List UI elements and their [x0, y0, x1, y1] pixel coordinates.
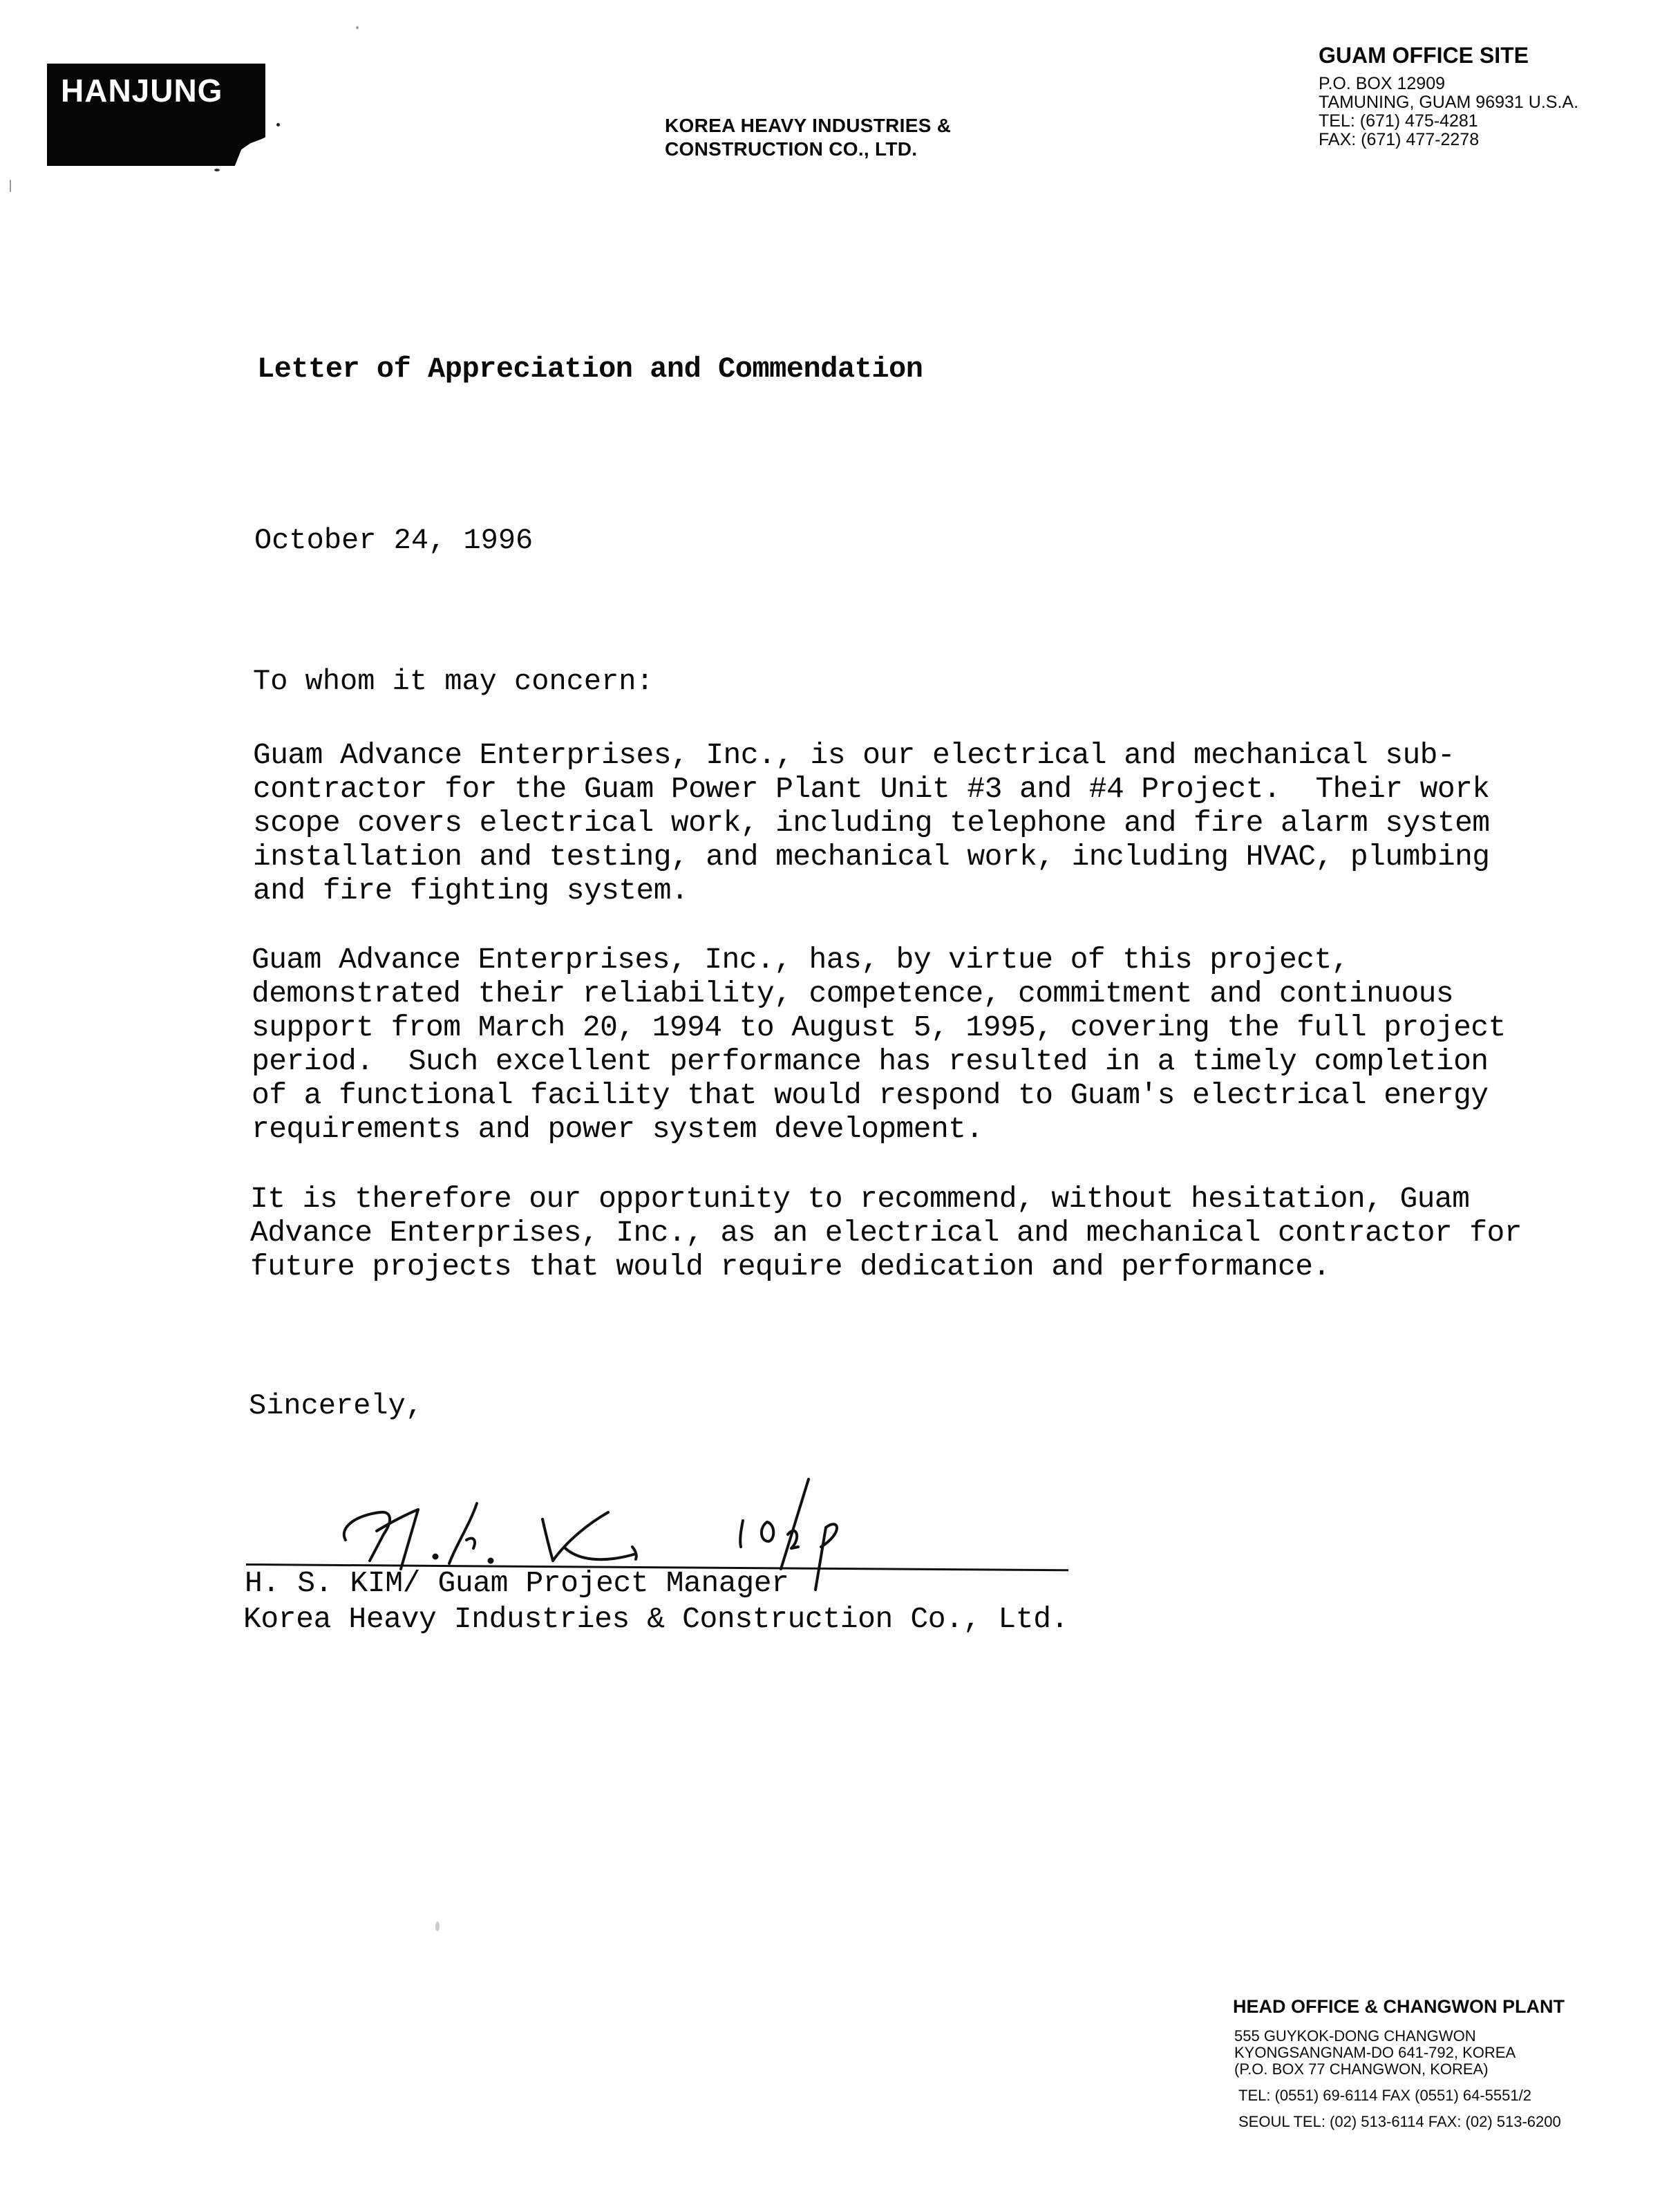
body-paragraph-3: It is therefore our opportunity to recom… [250, 1182, 1522, 1284]
paragraph-line: Guam Advance Enterprises, Inc., has, by … [252, 943, 1506, 977]
head-office-title: HEAD OFFICE & CHANGWON PLANT [1233, 1995, 1565, 2018]
company-header: KOREA HEAVY INDUSTRIES & CONSTRUCTION CO… [665, 114, 951, 161]
guam-office-line: P.O. BOX 12909 [1319, 75, 1578, 93]
closing: Sincerely, [249, 1389, 423, 1422]
signer-company: Korea Heavy Industries & Construction Co… [243, 1602, 1068, 1636]
paragraph-line: and fire fighting system. [253, 874, 1490, 908]
paragraph-line: It is therefore our opportunity to recom… [250, 1182, 1522, 1216]
guam-office-title: GUAM OFFICE SITE [1319, 41, 1578, 69]
salutation: To whom it may concern: [253, 665, 654, 698]
guam-office-line: TEL: (671) 475-4281 [1319, 112, 1578, 131]
paragraph-line: requirements and power system developmen… [252, 1112, 1506, 1146]
paragraph-line: support from March 20, 1994 to August 5,… [252, 1011, 1506, 1044]
body-paragraph-1: Guam Advance Enterprises, Inc., is our e… [253, 738, 1490, 908]
paragraph-line: period. Such excellent performance has r… [252, 1044, 1506, 1078]
seoul-contact-line: SEOUL TEL: (02) 513-6114 FAX: (02) 513-6… [1233, 2114, 1565, 2130]
head-office-address-line: KYONGSANGNAM-DO 641-792, KOREA [1233, 2045, 1565, 2061]
scan-speck [10, 180, 11, 192]
head-office-contact-line: TEL: (0551) 69-6114 FAX (0551) 64-5551/2 [1233, 2087, 1565, 2104]
paragraph-line: contractor for the Guam Power Plant Unit… [253, 772, 1490, 806]
scan-speck [214, 169, 220, 171]
paragraph-line: installation and testing, and mechanical… [253, 840, 1490, 874]
hanjung-logo-text: HANJUNG [61, 72, 223, 109]
company-header-line: CONSTRUCTION CO., LTD. [665, 138, 951, 161]
paragraph-line: Advance Enterprises, Inc., as an electri… [250, 1216, 1522, 1250]
letter-title: Letter of Appreciation and Commendation [257, 353, 923, 386]
head-office-address-line: (P.O. BOX 77 CHANGWON, KOREA) [1233, 2061, 1565, 2078]
paragraph-line: demonstrated their reliability, competen… [252, 977, 1506, 1011]
letter-date: October 24, 1996 [254, 524, 533, 557]
head-office-address-line: 555 GUYKOK-DONG CHANGWON [1233, 2028, 1565, 2045]
guam-office-address: GUAM OFFICE SITE P.O. BOX 12909 TAMUNING… [1319, 41, 1578, 149]
head-office-address: HEAD OFFICE & CHANGWON PLANT 555 GUYKOK-… [1233, 1995, 1565, 2130]
paragraph-line: future projects that would require dedic… [250, 1250, 1522, 1284]
guam-office-line: TAMUNING, GUAM 96931 U.S.A. [1319, 93, 1578, 112]
guam-office-line: FAX: (671) 477-2278 [1319, 131, 1578, 149]
paragraph-line: of a functional facility that would resp… [252, 1078, 1506, 1112]
scan-speck [435, 1922, 440, 1931]
paragraph-line: Guam Advance Enterprises, Inc., is our e… [253, 738, 1490, 772]
scan-speck [356, 26, 359, 29]
company-header-line: KOREA HEAVY INDUSTRIES & [665, 114, 951, 138]
paragraph-line: scope covers electrical work, including … [253, 806, 1490, 840]
signer-name-title: H. S. KIM/ Guam Project Manager [245, 1566, 789, 1600]
body-paragraph-2: Guam Advance Enterprises, Inc., has, by … [252, 943, 1506, 1146]
scan-speck [276, 123, 280, 126]
